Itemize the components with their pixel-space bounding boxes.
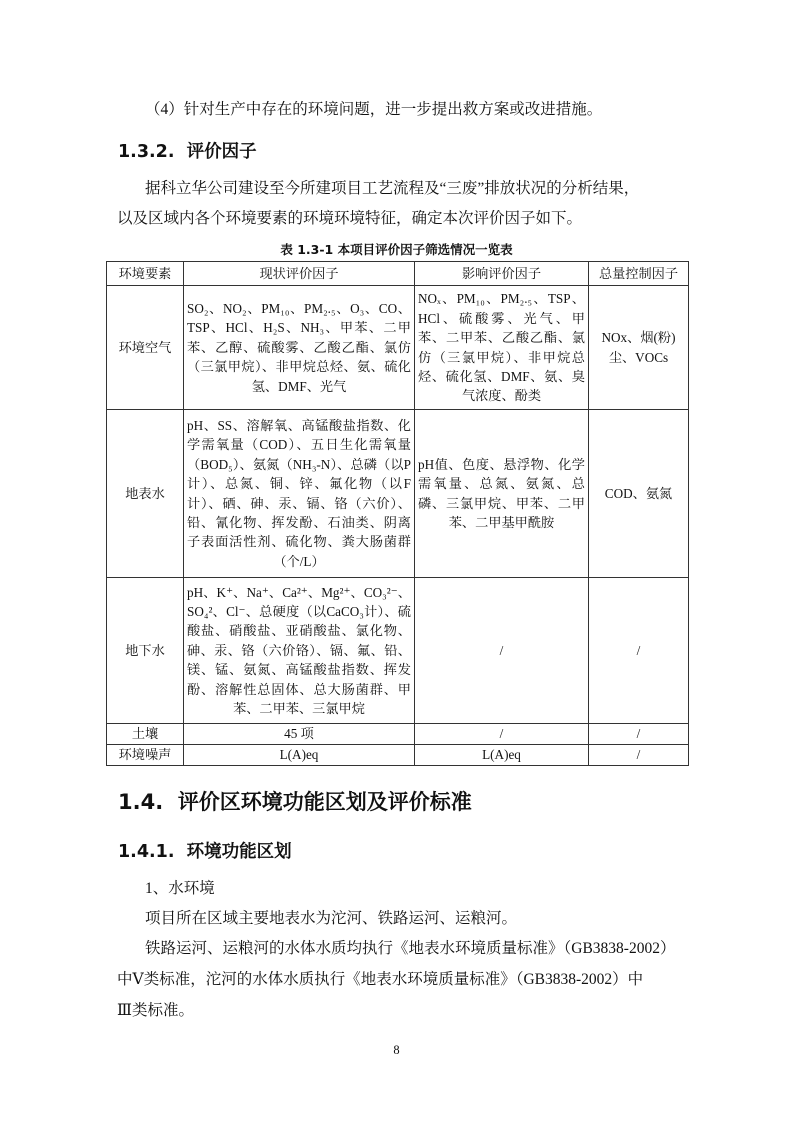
- section-title: 评价因子: [187, 142, 257, 162]
- table-cell-element: 环境噪声: [107, 745, 184, 766]
- table-cell-element: 地下水: [107, 578, 184, 724]
- section-heading-1-4: 1.4. 评价区环境功能区划及评价标准: [118, 786, 472, 816]
- table-row: 地下水 pH、K⁺、Na⁺、Ca²⁺、Mg²⁺、CO₃²⁻、SO₄²、Cl⁻、总…: [107, 578, 689, 724]
- section-heading-1-3-2: 1.3.2. 评价因子: [118, 138, 257, 163]
- table-cell-impact-factors: pH值、色度、悬浮物、化学需氧量、总氮、氨氮、总磷、三氯甲烷、甲苯、二甲苯、二甲…: [415, 410, 589, 578]
- table-cell-impact-factors: NOₓ、PM₁₀、PM₂.₅、TSP、HCl、硫酸雾、光气、甲苯、二甲苯、乙酸乙…: [415, 286, 589, 410]
- table-row: 环境噪声 L(A)eq L(A)eq /: [107, 745, 689, 766]
- table-header-cell: 总量控制因子: [589, 262, 689, 286]
- table-row: 环境空气 SO₂、NO₂、PM₁₀、PM₂.₅、O₃、CO、TSP、HCl、H₂…: [107, 286, 689, 410]
- evaluation-factors-table: 环境要素 现状评价因子 影响评价因子 总量控制因子 环境空气 SO₂、NO₂、P…: [106, 261, 689, 766]
- table-cell-impact-factors: /: [415, 578, 589, 724]
- page-number: 8: [0, 1043, 793, 1058]
- intro-list-item: （4）针对生产中存在的环境问题，进一步提出救方案或改进措施。: [145, 100, 602, 120]
- table-header-cell: 影响评价因子: [415, 262, 589, 286]
- paragraph-line: 铁路运河、运粮河的水体水质均执行《地表水环境质量标准》（GB3838-2002）: [145, 939, 675, 959]
- table-header-cell: 环境要素: [107, 262, 184, 286]
- table-cell-total-control: /: [589, 745, 689, 766]
- table-cell-impact-factors: /: [415, 724, 589, 745]
- table-cell-element: 地表水: [107, 410, 184, 578]
- table-cell-total-control: COD、氨氮: [589, 410, 689, 578]
- table-cell-impact-factors: L(A)eq: [415, 745, 589, 766]
- paragraph-line: 据科立华公司建设至今所建项目工艺流程及“三废”排放状况的分析结果，: [145, 179, 639, 199]
- section-title: 环境功能区划: [187, 842, 292, 862]
- table-cell-current-factors: pH、SS、溶解氧、高锰酸盐指数、化学需氧量（COD）、五日生化需氧量（BOD₅…: [184, 410, 415, 578]
- table-cell-total-control: NOx、烟(粉)尘、VOCs: [589, 286, 689, 410]
- table-row: 土壤 45 项 / /: [107, 724, 689, 745]
- section-number: 1.4.1.: [118, 842, 174, 862]
- table-cell-current-factors: 45 项: [184, 724, 415, 745]
- table-cell-element: 土壤: [107, 724, 184, 745]
- table-cell-current-factors: SO₂、NO₂、PM₁₀、PM₂.₅、O₃、CO、TSP、HCl、H₂S、NH₃…: [184, 286, 415, 410]
- section-title: 评价区环境功能区划及评价标准: [178, 790, 472, 814]
- section-number: 1.3.2.: [118, 142, 174, 162]
- table-cell-total-control: /: [589, 578, 689, 724]
- table-cell-current-factors: pH、K⁺、Na⁺、Ca²⁺、Mg²⁺、CO₃²⁻、SO₄²、Cl⁻、总硬度（以…: [184, 578, 415, 724]
- table-caption: 表 1.3-1 本项目评价因子筛选情况一览表: [0, 240, 793, 258]
- list-item-water-environment: 1、水环境: [145, 879, 215, 899]
- table-header-row: 环境要素 现状评价因子 影响评价因子 总量控制因子: [107, 262, 689, 286]
- table-row: 地表水 pH、SS、溶解氧、高锰酸盐指数、化学需氧量（COD）、五日生化需氧量（…: [107, 410, 689, 578]
- table-cell-element: 环境空气: [107, 286, 184, 410]
- section-number: 1.4.: [118, 790, 163, 814]
- paragraph-line: 中Ⅴ类标准，沱河的水体水质执行《地表水环境质量标准》（GB3838-2002）中: [117, 970, 643, 990]
- table-header-cell: 现状评价因子: [184, 262, 415, 286]
- paragraph-line: Ⅲ类标准。: [117, 1001, 194, 1021]
- section-heading-1-4-1: 1.4.1. 环境功能区划: [118, 838, 292, 863]
- table-cell-total-control: /: [589, 724, 689, 745]
- table-cell-current-factors: L(A)eq: [184, 745, 415, 766]
- paragraph-line: 项目所在区域主要地表水为沱河、铁路运河、运粮河。: [145, 909, 517, 929]
- paragraph-line: 以及区域内各个环境要素的环境环境特征，确定本次评价因子如下。: [117, 209, 582, 229]
